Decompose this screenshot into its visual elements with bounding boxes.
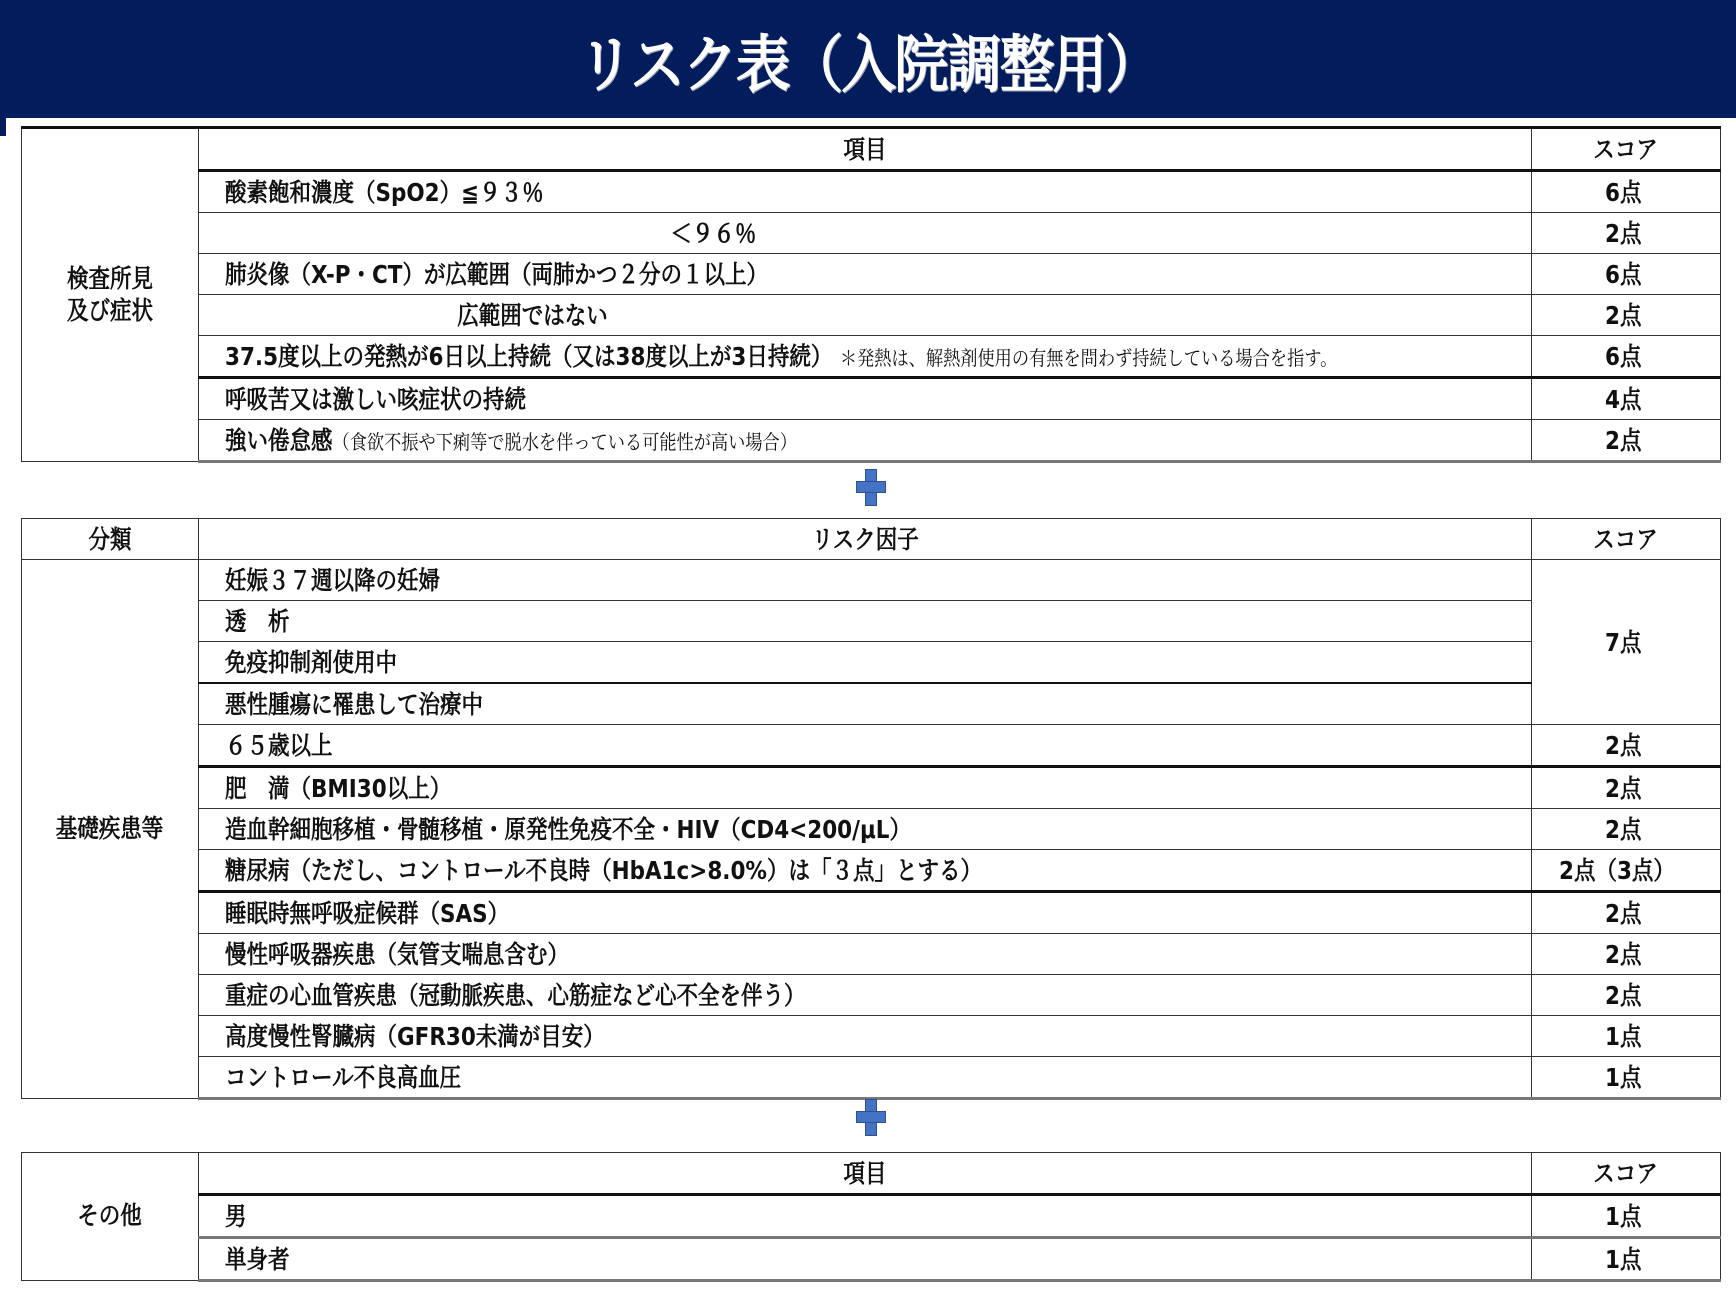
score-cell: 2点 (1532, 934, 1721, 975)
table-row: 造血幹細胞移植・骨髄移植・原発性免疫不全・HIV（CD4<200/μL） 2点 (22, 809, 1721, 850)
item-cell: ６５歳以上 (199, 725, 1532, 767)
category-label-line: 及び症状 (67, 296, 153, 325)
table-row: 肺炎像（X-P・CT）が広範囲（両肺かつ２分の１以上） 6点 (22, 254, 1721, 295)
item-cell: 肺炎像（X-P・CT）が広範囲（両肺かつ２分の１以上） (199, 254, 1532, 295)
table-row: 重症の心血管疾患（冠動脈疾患、心筋症など心不全を伴う） 2点 (22, 975, 1721, 1016)
table-row: 呼吸苦又は激しい咳症状の持続 4点 (22, 378, 1721, 420)
item-cell: 男 (199, 1195, 1532, 1238)
table-row: 37.5度以上の発熱が6日以上持続（又は38度以上が3日持続） ＊発熱は、解熱剤… (22, 336, 1721, 378)
item-cell: 悪性腫瘍に罹患して治療中 (199, 683, 1532, 725)
item-cell: 慢性呼吸器疾患（気管支喘息含む） (199, 934, 1532, 975)
item-cell: 糖尿病（ただし、コントロール不良時（HbA1c>8.0%）は「３点」とする） (199, 850, 1532, 892)
table-row: 男 1点 (22, 1195, 1721, 1238)
item-cell: 肥 満（BMI30以上） (199, 767, 1532, 809)
table-row: 強い倦怠感（食欲不振や下痢等で脱水を伴っている可能性が高い場合） 2点 (22, 420, 1721, 462)
table-row: 基礎疾患等 妊娠３７週以降の妊婦 7点 (22, 560, 1721, 601)
score-cell: 1点 (1532, 1016, 1721, 1057)
item-cell: 強い倦怠感（食欲不振や下痢等で脱水を伴っている可能性が高い場合） (199, 420, 1532, 462)
score-cell: 2点（3点） (1532, 850, 1721, 892)
table-row: 透 析 (22, 601, 1721, 642)
score-cell: 2点 (1532, 975, 1721, 1016)
item-cell: 妊娠３７週以降の妊婦 (199, 560, 1532, 601)
score-cell: 2点 (1532, 725, 1721, 767)
score-cell: 6点 (1532, 336, 1721, 378)
header-item: 項目 (199, 128, 1532, 171)
page-title: リスク表（入院調整用） (578, 15, 1158, 104)
fatigue-note: （食欲不振や下痢等で脱水を伴っている可能性が高い場合） (333, 430, 797, 454)
header-score: スコア (1532, 128, 1721, 171)
table-row: コントロール不良高血圧 1点 (22, 1057, 1721, 1099)
table-row: 広範囲ではない 2点 (22, 295, 1721, 336)
item-cell: 透 析 (199, 601, 1532, 642)
score-cell: 6点 (1532, 171, 1721, 213)
score-cell: 2点 (1532, 213, 1721, 254)
table-row: ＜９６％ 2点 (22, 213, 1721, 254)
score-cell: 2点 (1532, 892, 1721, 934)
table-row: ６５歳以上 2点 (22, 725, 1721, 767)
category-other: その他 (22, 1153, 199, 1281)
group-score-cell: 7点 (1532, 560, 1721, 725)
table-row: 睡眠時無呼吸症候群（SAS） 2点 (22, 892, 1721, 934)
title-bar: リスク表（入院調整用） (0, 0, 1736, 118)
table-row: 糖尿病（ただし、コントロール不良時（HbA1c>8.0%）は「３点」とする） 2… (22, 850, 1721, 892)
item-cell: 免疫抑制剤使用中 (199, 642, 1532, 684)
item-cell: 造血幹細胞移植・骨髄移植・原発性免疫不全・HIV（CD4<200/μL） (199, 809, 1532, 850)
item-cell: 高度慢性腎臓病（GFR30未満が目安） (199, 1016, 1532, 1057)
table-row: 単身者 1点 (22, 1238, 1721, 1281)
item-cell: 37.5度以上の発熱が6日以上持続（又は38度以上が3日持続） ＊発熱は、解熱剤… (199, 336, 1532, 378)
item-cell: 広範囲ではない (199, 295, 1532, 336)
score-cell: 1点 (1532, 1195, 1721, 1238)
score-cell: 2点 (1532, 420, 1721, 462)
item-cell: 単身者 (199, 1238, 1532, 1281)
table-row: 免疫抑制剤使用中 (22, 642, 1721, 684)
findings-symptoms-table: 検査所見及び症状 項目 スコア 酸素飽和濃度（SpO2）≦９３％ 6点 ＜９６％… (21, 126, 1721, 463)
score-cell: 2点 (1532, 809, 1721, 850)
category-label-line: 検査所見 (67, 264, 153, 293)
header-category: 分類 (22, 519, 199, 560)
score-cell: 1点 (1532, 1238, 1721, 1281)
item-cell: 睡眠時無呼吸症候群（SAS） (199, 892, 1532, 934)
item-cell: 重症の心血管疾患（冠動脈疾患、心筋症など心不全を伴う） (199, 975, 1532, 1016)
score-cell: 1点 (1532, 1057, 1721, 1099)
header-row: 分類 リスク因子 スコア (22, 519, 1721, 560)
plus-icon (856, 469, 886, 506)
category-findings-symptoms: 検査所見及び症状 (22, 128, 199, 462)
plus-icon (856, 1099, 886, 1136)
fever-note: ＊発熱は、解熱剤使用の有無を問わず持続している場合を指す。 (840, 346, 1337, 370)
table-row: 高度慢性腎臓病（GFR30未満が目安） 1点 (22, 1016, 1721, 1057)
table-row: 悪性腫瘍に罹患して治療中 (22, 683, 1721, 725)
category-underlying-diseases: 基礎疾患等 (22, 560, 199, 1099)
item-cell: 呼吸苦又は激しい咳症状の持続 (199, 378, 1532, 420)
header-factor: リスク因子 (199, 519, 1532, 560)
other-factors-table: その他 項目 スコア 男 1点 単身者 1点 (21, 1152, 1721, 1282)
risk-factors-table: 分類 リスク因子 スコア 基礎疾患等 妊娠３７週以降の妊婦 7点 透 析 免疫抑… (21, 518, 1721, 1100)
item-cell: 酸素飽和濃度（SpO2）≦９３％ (199, 171, 1532, 213)
table-row: 慢性呼吸器疾患（気管支喘息含む） 2点 (22, 934, 1721, 975)
header-item: 項目 (199, 1153, 1532, 1195)
table-row: 肥 満（BMI30以上） 2点 (22, 767, 1721, 809)
table-row: 酸素飽和濃度（SpO2）≦９３％ 6点 (22, 171, 1721, 213)
header-score: スコア (1532, 519, 1721, 560)
item-cell: コントロール不良高血圧 (199, 1057, 1532, 1099)
item-cell: ＜９６％ (199, 213, 1532, 254)
score-cell: 2点 (1532, 767, 1721, 809)
score-cell: 4点 (1532, 378, 1721, 420)
score-cell: 6点 (1532, 254, 1721, 295)
header-score: スコア (1532, 1153, 1721, 1195)
score-cell: 2点 (1532, 295, 1721, 336)
decorative-tick (0, 118, 6, 136)
header-row: その他 項目 スコア (22, 1153, 1721, 1195)
